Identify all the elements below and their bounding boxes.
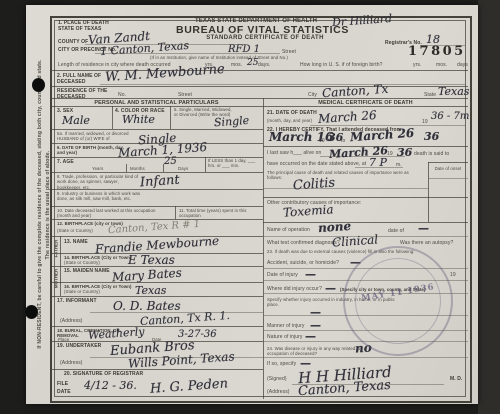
- father-birthplace-sub: (State or Country): [64, 260, 100, 265]
- age-days-value: 25: [164, 156, 177, 167]
- race-value: White: [122, 113, 155, 126]
- file-label: FILE: [57, 381, 68, 387]
- burial-place-label: Place: [58, 337, 69, 342]
- age-label: 7. AGE: [57, 159, 74, 165]
- foreign-birth-label: How long in U. S. if of foreign birth?: [300, 62, 382, 68]
- physician-address-label: (Address): [267, 389, 290, 395]
- margin-note-abode: The residence is the usual place of abod…: [45, 105, 51, 305]
- scanned-death-certificate: If NON-RESIDENT, be careful to give the …: [0, 0, 500, 414]
- age-years-label: Years: [92, 166, 103, 171]
- state-label: STATE OF TEXAS: [58, 26, 101, 32]
- injury-specify-dash: —: [310, 306, 321, 319]
- punch-hole-top: [32, 78, 45, 92]
- yrs2-label: yrs.: [413, 62, 421, 68]
- mother-birthplace-sub: (State or Country): [64, 289, 100, 294]
- date-of-onset-label: Date of onset: [429, 166, 467, 171]
- mos2-label: mos.: [436, 62, 447, 68]
- husband-wife-label: 5a. If married, widowed, or divorced HUS…: [57, 131, 147, 142]
- injury-where-dash: —: [325, 282, 336, 295]
- date-of-death-year: 36 - 7m: [431, 111, 469, 122]
- accident-label: Accident, suicide, or homicide?: [267, 260, 339, 266]
- no-label: No.: [118, 92, 126, 98]
- injury-date-label: Date of injury: [267, 272, 298, 278]
- registrar-signature-label: 20. SIGNATURE OF REGISTRAR: [64, 371, 143, 377]
- if-so-label: If so, specify: [267, 361, 296, 367]
- mother-vertical-label: MOTHER: [54, 259, 59, 299]
- last-saw-tail: death is said to: [414, 151, 466, 157]
- birthplace-sub: (State or Country): [57, 228, 93, 233]
- operation-label: Name of operation: [267, 227, 310, 233]
- undertaker-address-label: (Address): [60, 360, 83, 366]
- days2-label: days: [457, 62, 468, 68]
- printed-19-a: 19: [422, 119, 428, 125]
- county-label: COUNTY OF: [58, 39, 88, 45]
- external-causes-label: 23. If death was due to external causes …: [267, 249, 467, 254]
- dob-label: 6. DATE OF BIRTH (month, day, and year): [57, 145, 127, 156]
- operation-date-dash: —: [418, 222, 429, 235]
- m-label: m.: [396, 162, 402, 168]
- attended-from-year: 36: [328, 131, 343, 144]
- mos-label: mos.: [231, 62, 242, 68]
- institution-note: (If in an Institution, give name of Inst…: [150, 55, 288, 60]
- undertaker-label: 19. UNDERTAKER: [57, 343, 101, 349]
- total-time-label: 11. Total time (years) spent in this occ…: [179, 208, 249, 219]
- informant-address-label: (Address): [60, 318, 83, 324]
- trade-label: 8. Trade, profession, or particular kind…: [57, 174, 139, 190]
- right-section-title: MEDICAL CERTIFICATE OF DEATH: [263, 100, 468, 107]
- principal-cause-label: The principal cause of death and related…: [267, 170, 417, 181]
- nature-label: Nature of injury: [267, 334, 303, 340]
- operation-date-label: date of: [388, 228, 404, 234]
- signed-label: (Signed): [267, 376, 287, 382]
- father-name-label: 13. NAME: [64, 239, 88, 245]
- residence-state-handwriting: Texas: [438, 85, 469, 98]
- file-value: 4/12 - 36.: [84, 379, 137, 392]
- mother-name-label: 15. MAIDEN NAME: [64, 268, 110, 274]
- city-label-2: City: [308, 92, 317, 98]
- sex-value: Male: [62, 114, 90, 127]
- received-date-stamp: MAY 11 1936: [343, 246, 453, 356]
- less-than-day-label: If LESS than 1 day, ___ hrs. or ___ min.: [208, 158, 260, 169]
- date-of-death-sub: (month, day, and year): [267, 118, 312, 123]
- principal-cause-value: Colitis: [293, 176, 336, 194]
- marital-value: Single: [214, 114, 250, 129]
- injury-19: 19: [450, 272, 456, 278]
- last-saw-year: 36: [397, 146, 412, 159]
- residence-days-handwriting: 25: [247, 58, 258, 68]
- injury-where-label: Where did injury occur?: [267, 286, 322, 292]
- test-label: What test confirmed diagnosis?: [267, 240, 340, 246]
- attended-from-value: March 16: [269, 130, 333, 144]
- informant-label: 17. INFORMANT: [57, 298, 97, 304]
- manner-label: Manner of injury: [267, 323, 304, 329]
- scan-backdrop-strip: [478, 0, 500, 414]
- death-time-value: 7 P: [369, 156, 387, 169]
- informant-value: O. D. Bates: [113, 299, 181, 313]
- industry-label: 9. Industry or business in which work wa…: [57, 191, 142, 202]
- date-label: DATE: [57, 389, 71, 395]
- trade-value: Infant: [140, 173, 181, 191]
- rfd-value-handwriting: RFD 1: [228, 44, 260, 55]
- certificate-number-stamp: 17805: [408, 44, 466, 59]
- last-saw-label: I last saw h___ alive on: [267, 150, 321, 156]
- last-worked-label: 10. Date deceased last worked at this oc…: [57, 208, 162, 219]
- md-label: M. D.: [450, 376, 462, 382]
- operation-value: none: [318, 219, 352, 235]
- age-days-label: Days: [178, 166, 188, 171]
- father-birthplace-value: E Texas: [128, 253, 175, 267]
- injury-date-dash: —: [305, 268, 316, 281]
- left-section-title: PERSONAL AND STATISTICAL PARTICULARS: [50, 100, 263, 107]
- age-months-label: Months: [130, 166, 145, 171]
- occurred-label: have occurred on the date stated above, …: [267, 161, 366, 167]
- date-of-death-label: 21. DATE OF DEATH: [267, 110, 317, 116]
- state-label-2: State: [424, 92, 436, 98]
- margin-note-nonresident: If NON-RESIDENT, be careful to give the …: [37, 14, 43, 394]
- attended-to-year: 36: [424, 130, 439, 143]
- days-label: days.: [258, 62, 270, 68]
- autopsy-label: Was there an autopsy?: [400, 240, 453, 246]
- nature-dash: —: [305, 330, 316, 343]
- punch-hole-bottom: [25, 305, 38, 319]
- mother-birthplace-value: Texas: [135, 284, 166, 297]
- street-label-2: Street: [178, 92, 192, 98]
- standard-cert-title: STANDARD CERTIFICATE OF DEATH: [195, 35, 335, 43]
